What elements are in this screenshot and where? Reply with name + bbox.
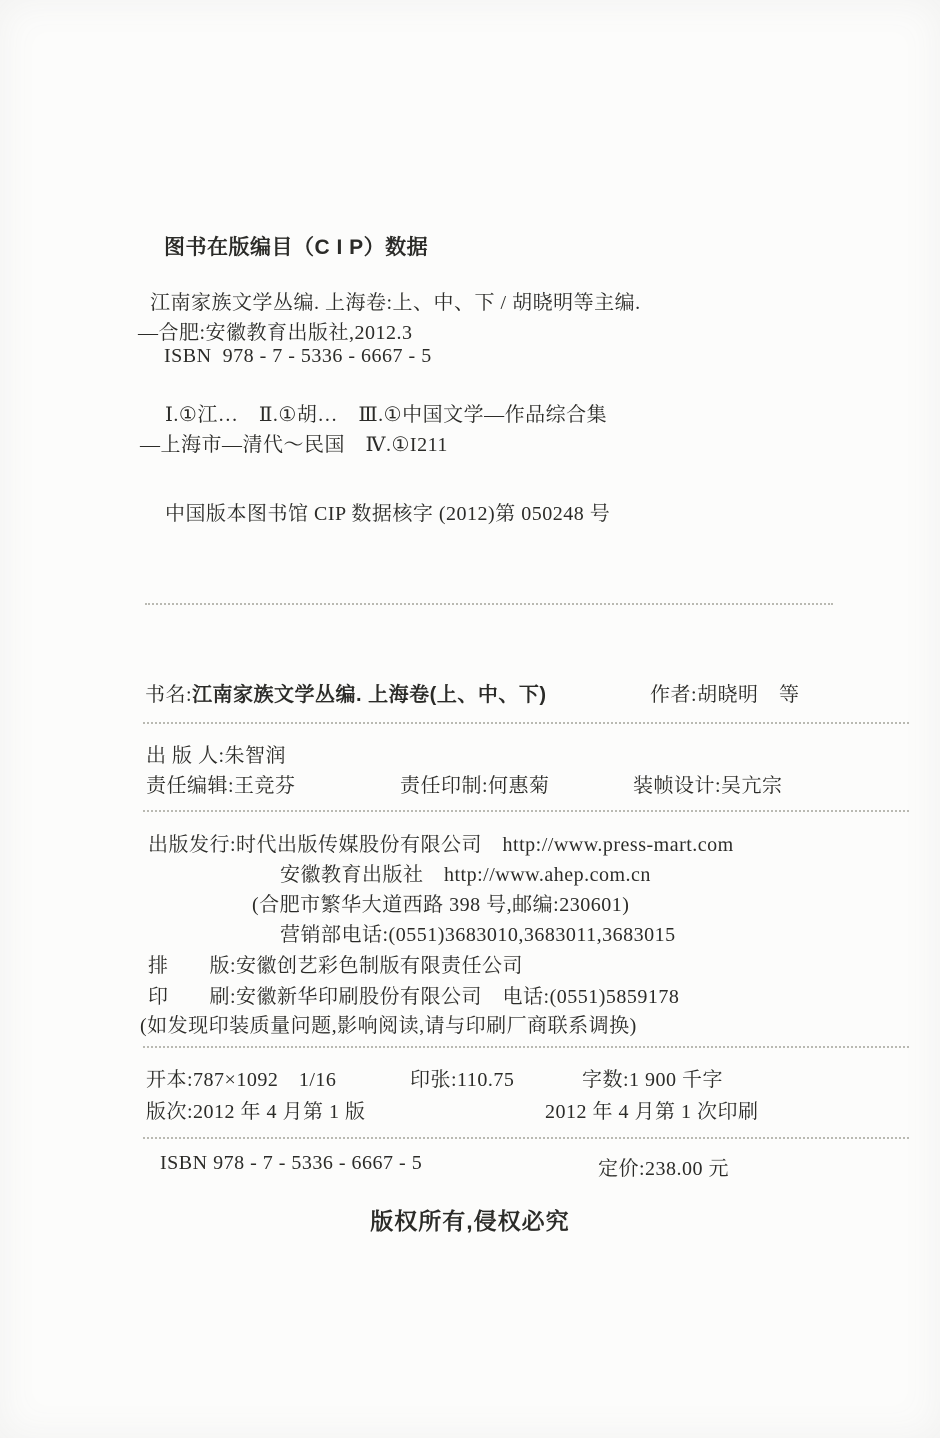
- binding-designer: 装帧设计:吴亢宗: [633, 769, 783, 798]
- impression-info: 2012 年 4 月第 1 次印刷: [545, 1095, 759, 1124]
- book-name-row: 书名:江南家族文学丛编. 上海卷(上、中、下): [145, 678, 547, 707]
- cip-record-number: 中国版本图书馆 CIP 数据核字 (2012)第 050248 号: [165, 497, 610, 526]
- cip-isbn: ISBN 978 - 7 - 5336 - 6667 - 5: [164, 345, 432, 368]
- isbn-bottom: ISBN 978 - 7 - 5336 - 6667 - 5: [160, 1152, 422, 1175]
- divider-1: [145, 603, 833, 605]
- cip-title-line: 江南家族文学丛编. 上海卷:上、中、下 / 胡晓明等主编.: [150, 286, 641, 315]
- marketing-phone: 营销部电话:(0551)3683010,3683011,3683015: [280, 918, 676, 947]
- typesetting-company: 排 版:安徽创艺彩色制版有限责任公司: [148, 949, 523, 978]
- publisher-person: 出 版 人:朱智润: [146, 739, 286, 768]
- print-supervisor: 责任印制:何惠菊: [400, 769, 550, 798]
- cip-header: 图书在版编目（C I P）数据: [164, 231, 428, 261]
- book-format: 开本:787×1092 1/16: [146, 1063, 336, 1092]
- responsible-editor: 责任编辑:王竞芬: [146, 769, 296, 798]
- book-name-label: 书名:: [145, 684, 192, 706]
- divider-3: [143, 810, 909, 812]
- printed-sheets: 印张:110.75: [410, 1063, 514, 1092]
- copyright-page: 图书在版编目（C I P）数据 江南家族文学丛编. 上海卷:上、中、下 / 胡晓…: [0, 0, 940, 1438]
- divider-5: [143, 1137, 909, 1139]
- print-quality-note: (如发现印装质量问题,影响阅读,请与印刷厂商联系调换): [140, 1009, 637, 1038]
- divider-2: [143, 722, 909, 724]
- book-name-value: 江南家族文学丛编. 上海卷(上、中、下): [192, 684, 546, 706]
- cip-publisher-line: —合肥:安徽教育出版社,2012.3: [138, 316, 413, 345]
- publishing-company-line: 出版发行:时代出版传媒股份有限公司 http://www.press-mart.…: [148, 828, 734, 857]
- book-author-value: 胡晓明 等: [697, 684, 800, 706]
- book-author-label: 作者:: [650, 684, 697, 706]
- edition-info: 版次:2012 年 4 月第 1 版: [146, 1095, 366, 1124]
- classification-line-1: Ⅰ.①江… Ⅱ.①胡… Ⅲ.①中国文学—作品综合集: [165, 398, 607, 427]
- copyright-notice: 版权所有,侵权必究: [0, 1203, 940, 1236]
- publishing-house-line: 安徽教育出版社 http://www.ahep.com.cn: [280, 858, 651, 887]
- book-author-row: 作者:胡晓明 等: [650, 678, 800, 707]
- divider-4: [143, 1046, 909, 1048]
- printing-company: 印 刷:安徽新华印刷股份有限公司 电话:(0551)5859178: [148, 980, 679, 1009]
- price: 定价:238.00 元: [598, 1152, 729, 1181]
- word-count: 字数:1 900 千字: [582, 1063, 723, 1092]
- classification-line-2: —上海市—清代～民国 Ⅳ.①I211: [140, 428, 448, 457]
- publisher-address: (合肥市繁华大道西路 398 号,邮编:230601): [252, 888, 629, 917]
